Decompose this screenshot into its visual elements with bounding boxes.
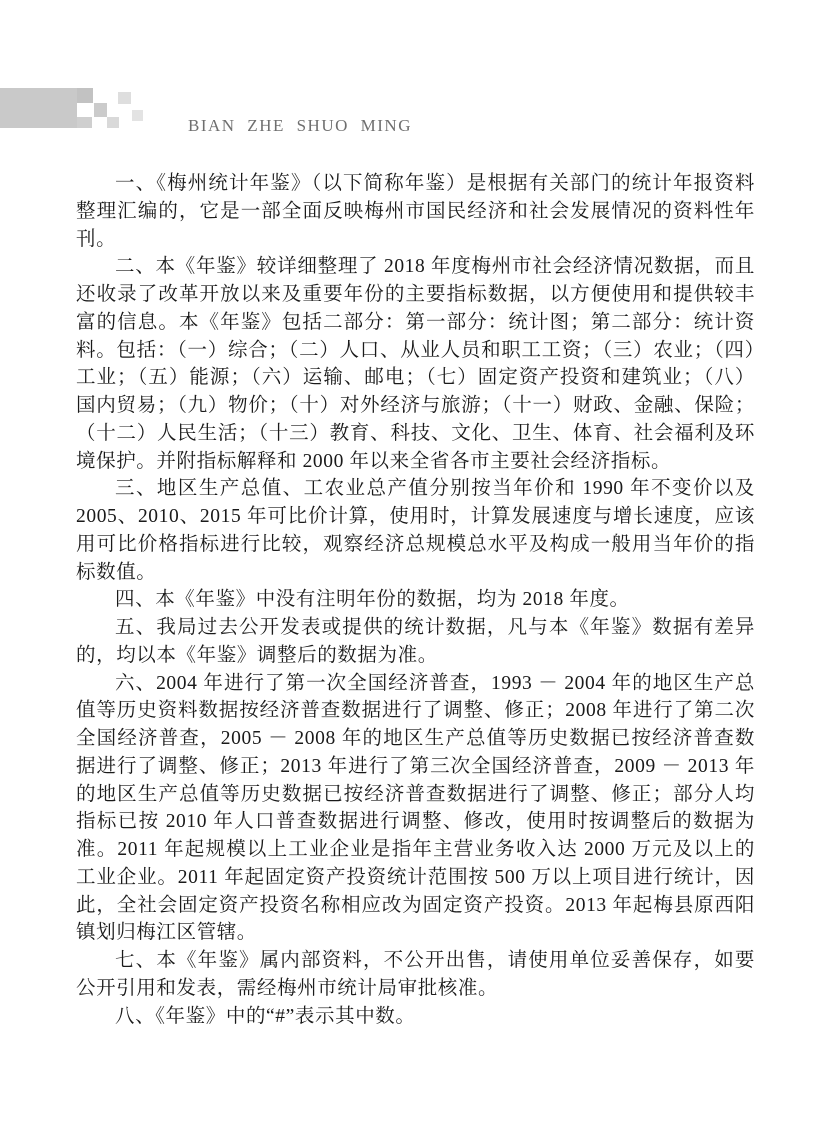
section-title-pinyin: BIAN ZHE SHUO MING [188,116,412,136]
paragraph-4: 四、本《年鉴》中没有注明年份的数据，均为 2018 年度。 [76,586,755,614]
paragraph-1: 一、《梅州统计年鉴》（以下简称年鉴）是根据有关部门的统计年报资料整理汇编的，它是… [76,170,755,253]
mosaic-square [77,88,93,103]
document-body: 一、《梅州统计年鉴》（以下简称年鉴）是根据有关部门的统计年报资料整理汇编的，它是… [76,170,755,1030]
paragraph-3: 三、地区生产总值、工农业总产值分别按当年价和 1990 年不变价以及 2005、… [76,475,755,586]
yearbook-preface-page: BIAN ZHE SHUO MING 一、《梅州统计年鉴》（以下简称年鉴）是根据… [0,0,827,1122]
paragraph-6: 六、2004 年进行了第一次全国经济普查，1993 － 2004 年的地区生产总… [76,670,755,948]
paragraph-5: 五、我局过去公开发表或提供的统计数据，凡与本《年鉴》数据有差异的，均以本《年鉴》… [76,614,755,670]
mosaic-square [94,103,107,117]
paragraph-7: 七、本《年鉴》属内部资料，不公开出售，请使用单位妥善保存，如要公开引用和发表，需… [76,947,755,1003]
mosaic-square [107,117,119,128]
header-mosaic-decoration [0,0,827,140]
paragraph-8: 八、《年鉴》中的“#”表示其中数。 [76,1003,755,1031]
paragraph-2: 二、本《年鉴》较详细整理了 2018 年度梅州市社会经济情况数据，而且还收录了改… [76,253,755,475]
mosaic-square [132,110,143,121]
mosaic-square [77,117,92,128]
mosaic-bar [0,88,77,128]
mosaic-square [118,92,131,104]
